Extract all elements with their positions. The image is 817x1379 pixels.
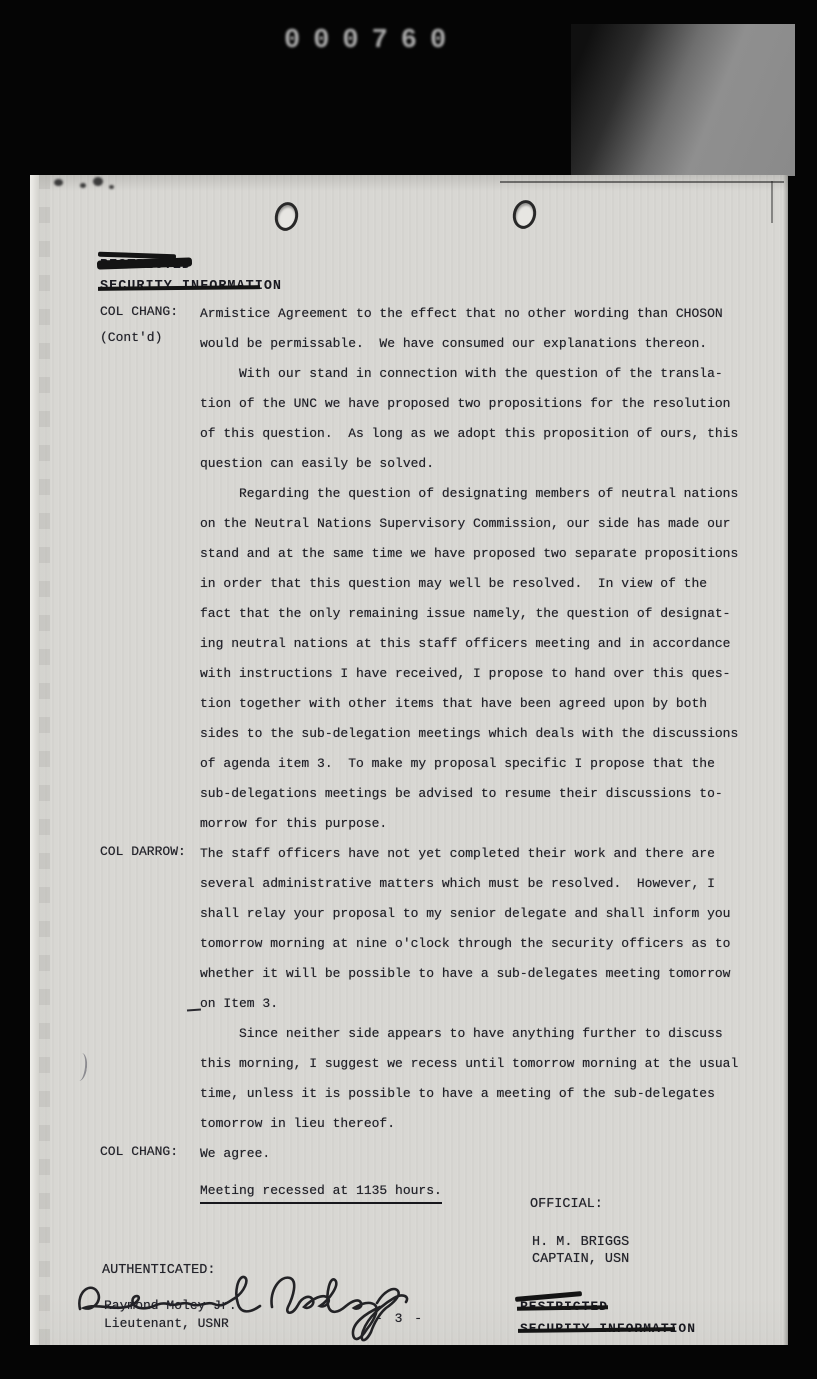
document-page: RESTRICTED SECURITY INFORMATION COL CHAN… — [30, 175, 788, 1345]
speaker-label: COL CHANG:(Cont'd) — [100, 299, 200, 351]
official-rank: CAPTAIN, USN — [532, 1252, 629, 1267]
signer-identity-block: Raymond Moley Jr.Lieutenant, USNR — [104, 1297, 237, 1333]
speaker-label: COL DARROW: — [100, 839, 200, 865]
underlying-sheet-edge — [500, 181, 784, 183]
recess-statement: Meeting recessed at 1135 hours. — [200, 1182, 442, 1204]
official-label: OFFICIAL: — [530, 1197, 603, 1212]
speaker-name: COL CHANG: — [100, 1144, 178, 1159]
microfilm-scan: { "film": { "counter": "000760" }, "stam… — [0, 0, 817, 1379]
margin-pen-mark — [75, 1053, 89, 1082]
security-information-stamp-line: SECURITY INFORMATION — [520, 1318, 696, 1340]
film-light-panel — [571, 24, 795, 176]
official-name: H. M. BRIGGS — [532, 1235, 629, 1250]
transcript-entry: COL DARROW: The staff officers have not … — [100, 839, 738, 1139]
pencil-smudge — [93, 177, 103, 186]
punch-hole — [272, 200, 301, 234]
speech-text: Armistice Agreement to the effect that n… — [200, 299, 738, 839]
security-information-stamp-line: SECURITY INFORMATION — [100, 276, 282, 297]
paper-edge-highlight — [30, 175, 39, 1345]
speaker-label: COL CHANG: — [100, 1139, 200, 1165]
signer-rank: Lieutenant, USNR — [104, 1316, 229, 1331]
meeting-transcript: COL CHANG:(Cont'd) Armistice Agreement t… — [100, 299, 738, 1204]
official-signature-block: H. M. BRIGGSCAPTAIN, USN — [532, 1234, 629, 1268]
classification-stamp-bottom: RESTRICTED SECURITY INFORMATION — [520, 1296, 696, 1340]
pencil-smudge — [109, 185, 114, 189]
restricted-stamp-line: RESTRICTED — [520, 1296, 608, 1318]
restricted-stamp-line: RESTRICTED — [100, 255, 191, 276]
film-frame-counter: 000760 — [284, 26, 459, 56]
speaker-name: COL CHANG: — [100, 304, 178, 319]
signer-name: Raymond Moley Jr. — [104, 1298, 237, 1313]
pencil-smudge — [80, 183, 86, 188]
punch-hole — [510, 198, 539, 232]
speaker-note: (Cont'd) — [100, 330, 162, 345]
pencil-smudge — [54, 179, 63, 186]
speaker-name: COL DARROW: — [100, 844, 186, 859]
transcript-entry: COL CHANG: We agree. — [100, 1139, 738, 1169]
paper-edge-mottling — [39, 175, 50, 1345]
speech-text: We agree. — [200, 1139, 270, 1169]
classification-stamp-top: RESTRICTED SECURITY INFORMATION — [100, 255, 282, 297]
underlying-sheet-edge-vertical — [771, 181, 773, 223]
speech-text: The staff officers have not yet complete… — [200, 839, 738, 1139]
transcript-entry: COL CHANG:(Cont'd) Armistice Agreement t… — [100, 299, 738, 839]
page-number: - 3 - — [375, 1311, 424, 1326]
